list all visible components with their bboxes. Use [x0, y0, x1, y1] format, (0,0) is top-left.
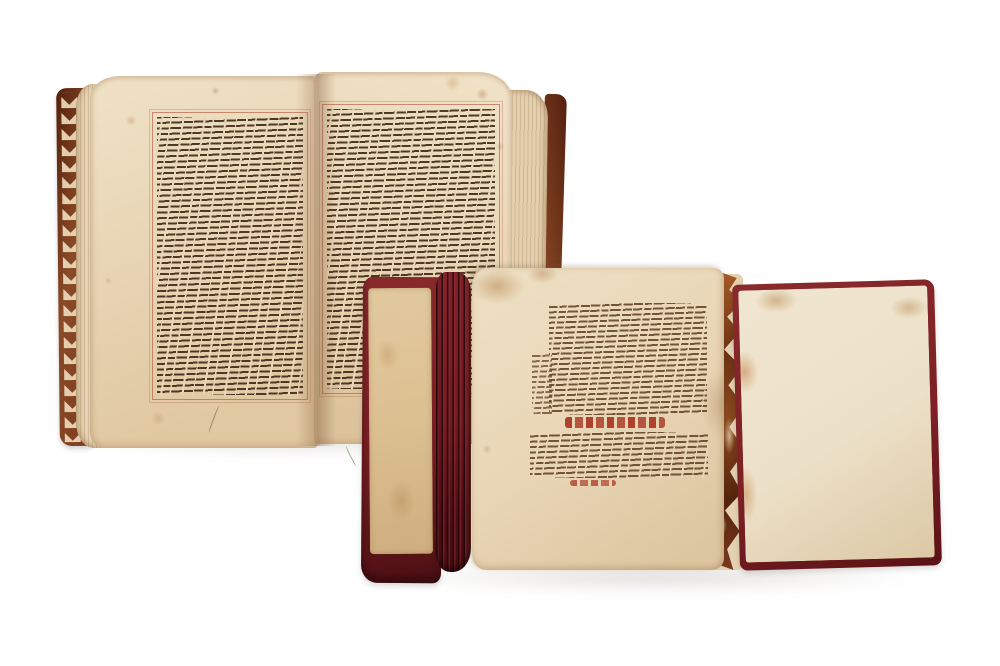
- manuscript-2-top-annotation: [692, 286, 718, 300]
- manuscript-2-main-text-upper: [549, 303, 707, 415]
- manuscript-2-red-colophon-line: [570, 480, 616, 486]
- manuscript-1-gutter-shadow: [296, 74, 336, 446]
- manuscript-2-back-cover: [732, 279, 942, 571]
- manuscript-2-main-text-lower: [530, 432, 708, 478]
- pastedown-top-annotation: [750, 296, 797, 312]
- manuscript-2-cover-label: [368, 288, 433, 554]
- manuscript-2-corner-inscription: [479, 514, 513, 548]
- manuscript-2-pastedown: [738, 285, 935, 562]
- photograph-two-manuscripts: [0, 0, 1000, 666]
- manuscript-2-red-fore-edge: [436, 272, 471, 572]
- manuscript-2-inscription-line: [578, 526, 634, 537]
- manuscript-2-red-heading: [565, 417, 665, 428]
- manuscript-2-main-text-extension: [532, 352, 552, 414]
- manuscript-1-left-page: [90, 76, 318, 448]
- manuscript-2-front-cover: [361, 277, 443, 584]
- manuscript-2-first-page: [472, 268, 724, 570]
- manuscript-1-fiber-mark: [208, 404, 221, 433]
- manuscript-2-top-annotation: [612, 283, 684, 304]
- pastedown-corner-mark: [796, 291, 806, 299]
- manuscript-1-left-text-block: [152, 112, 308, 400]
